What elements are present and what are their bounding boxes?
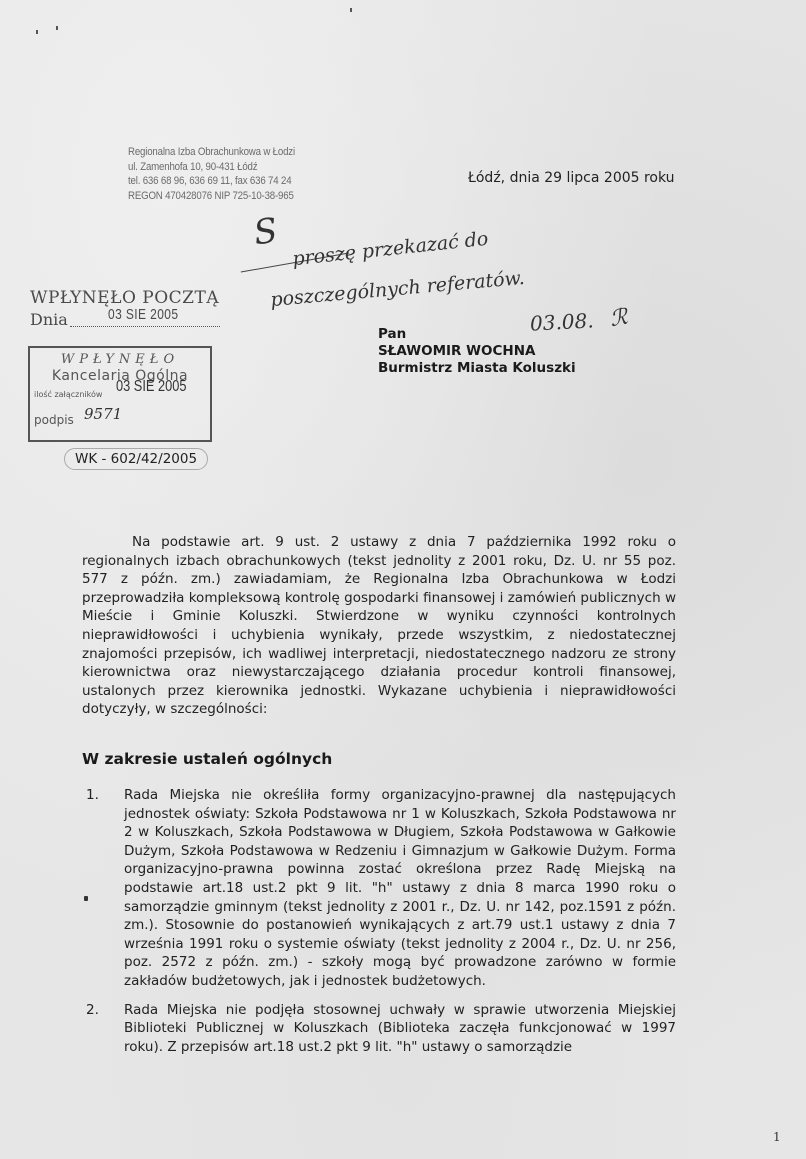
- finding-text: Rada Miejska nie podjęła stosownej uchwa…: [124, 1001, 676, 1057]
- letterhead-line: tel. 636 68 96, 636 69 11, fax 636 74 24: [128, 174, 295, 189]
- post-stamp-title: WPŁYNĘŁO POCZTĄ: [30, 288, 230, 308]
- findings-list: 1. Rada Miejska nie określiła formy orga…: [82, 786, 676, 1066]
- handwritten-initial: S: [251, 211, 280, 254]
- incoming-post-stamp: WPŁYNĘŁO POCZTĄ Dnia 03 SIE 2005: [30, 288, 230, 329]
- attachments-label: ilość załączników: [34, 390, 102, 399]
- finding-number: 1.: [82, 786, 124, 991]
- finding-text: Rada Miejska nie określiła formy organiz…: [124, 786, 676, 991]
- addressee-name: SŁAWOMIR WOCHNA: [378, 343, 576, 360]
- section-heading: W zakresie ustaleń ogólnych: [82, 750, 332, 768]
- post-stamp-dotted-line: [70, 326, 220, 327]
- letterhead-stamp: Regionalna Izba Obrachunkowa w Łodzi ul.…: [128, 145, 295, 203]
- finding-item: 1. Rada Miejska nie określiła formy orga…: [82, 786, 676, 991]
- handwritten-note-line2: poszczególnych referatów.: [270, 267, 526, 311]
- page-number: 1: [773, 1130, 781, 1144]
- addressee-title: Burmistrz Miasta Koluszki: [378, 360, 576, 377]
- reference-number: WK - 602/42/2005: [64, 448, 208, 470]
- handwritten-note-line1: proszę przekazać do: [291, 228, 489, 270]
- scan-speck: [56, 26, 58, 30]
- letterhead-line: ul. Zamenhofa 10, 90-431 Łódź: [128, 160, 295, 175]
- office-stamp-date: 03 SIE 2005: [116, 378, 186, 396]
- post-stamp-date: 03 SIE 2005: [108, 306, 178, 323]
- scan-speck: [36, 30, 38, 34]
- handwritten-signature: ℛ: [608, 305, 630, 333]
- letterhead-line: REGON 470428076 NIP 725-10-38-965: [128, 189, 295, 204]
- finding-item: 2. Rada Miejska nie podjęła stosownej uc…: [82, 1001, 676, 1057]
- registry-number: 9571: [84, 405, 122, 423]
- document-date: Łódź, dnia 29 lipca 2005 roku: [468, 170, 675, 186]
- office-stamp-title: WPŁYNĘŁO: [30, 352, 210, 367]
- scan-speck: [350, 8, 352, 12]
- letterhead-line: Regionalna Izba Obrachunkowa w Łodzi: [128, 145, 295, 160]
- margin-mark: [84, 896, 88, 901]
- finding-number: 2.: [82, 1001, 124, 1057]
- office-receipt-stamp: WPŁYNĘŁO Kancelaria Ogólna ilość załączn…: [28, 346, 212, 442]
- addressee-salutation: Pan: [378, 326, 576, 343]
- signature-label: podpis: [34, 413, 74, 427]
- post-stamp-day-label: Dnia: [30, 310, 68, 329]
- addressee-block: Pan SŁAWOMIR WOCHNA Burmistrz Miasta Kol…: [378, 326, 576, 377]
- intro-section: Na podstawie art. 9 ust. 2 ustawy z dnia…: [82, 533, 676, 719]
- intro-paragraph: Na podstawie art. 9 ust. 2 ustawy z dnia…: [82, 533, 676, 719]
